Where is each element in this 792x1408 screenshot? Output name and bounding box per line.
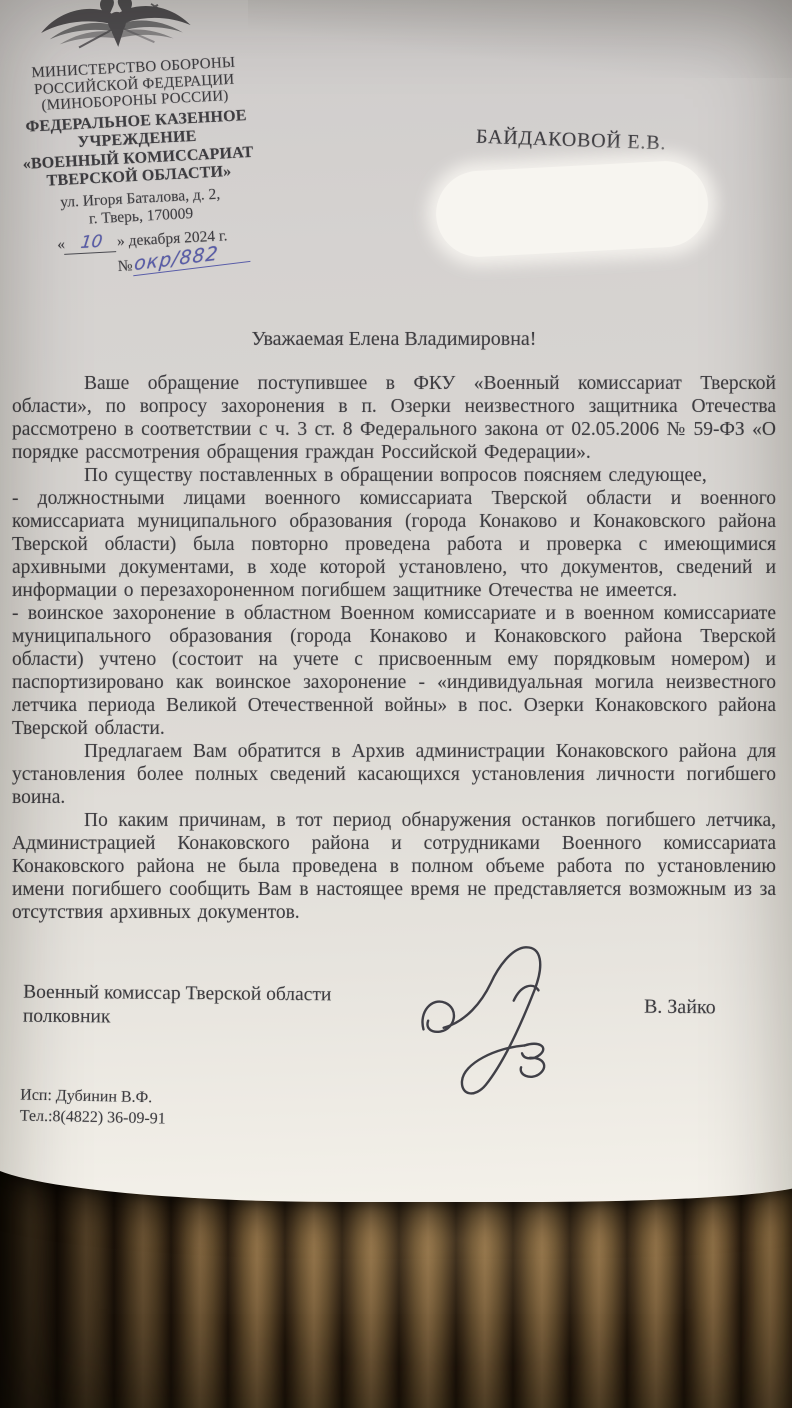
body-paragraph-1: Ваше обращение поступившее в ФКУ «Военны… — [12, 372, 776, 464]
handwritten-day: 10 — [64, 230, 119, 254]
signer-post-line-2: полковник — [23, 1005, 331, 1032]
redaction-white-out — [434, 159, 710, 259]
recipient-name: БАЙДАКОВОЙ Е.В. — [476, 126, 667, 156]
handwritten-signature-icon — [408, 934, 599, 1116]
body-paragraph-2: По существу поставленных в обращении воп… — [12, 464, 776, 487]
letter-paper: МИНИСТЕРСТВО ОБОРОНЫ РОССИЙСКОЙ ФЕДЕРАЦИ… — [0, 0, 792, 1202]
ministry-of-defence-eagle-icon — [36, 0, 198, 61]
signer-name: В. Зайко — [644, 996, 716, 1020]
body-paragraph-6: По каким причинам, в тот период обнаруже… — [12, 809, 776, 924]
signer-post: Военный комиссар Тверской области полков… — [23, 981, 332, 1032]
body-paragraph-3: - должностными лицами военного комиссари… — [12, 487, 776, 602]
letterhead: МИНИСТЕРСТВО ОБОРОНЫ РОССИЙСКОЙ ФЕДЕРАЦИ… — [0, 0, 282, 282]
signer-post-line-1: Военный комиссар Тверской области — [23, 981, 331, 1008]
executor-phone: Тел.:8(4822) 36-09-91 — [20, 1105, 166, 1129]
executor-block: Исп: Дубинин В.Ф. Тел.:8(4822) 36-09-91 — [20, 1084, 167, 1129]
number-label: № — [117, 257, 133, 275]
letter-body: Ваше обращение поступившее в ФКУ «Военны… — [12, 372, 776, 924]
executor-name: Исп: Дубинин В.Ф. — [20, 1084, 166, 1108]
letter-photo: МИНИСТЕРСТВО ОБОРОНЫ РОССИЙСКОЙ ФЕДЕРАЦИ… — [0, 0, 792, 1408]
body-paragraph-5: Предлагаем Вам обратится в Архив админис… — [12, 740, 776, 809]
salutation: Уважаемая Елена Владимировна! — [14, 328, 774, 351]
body-paragraph-4: - воинское захоронение в областном Военн… — [12, 602, 776, 740]
